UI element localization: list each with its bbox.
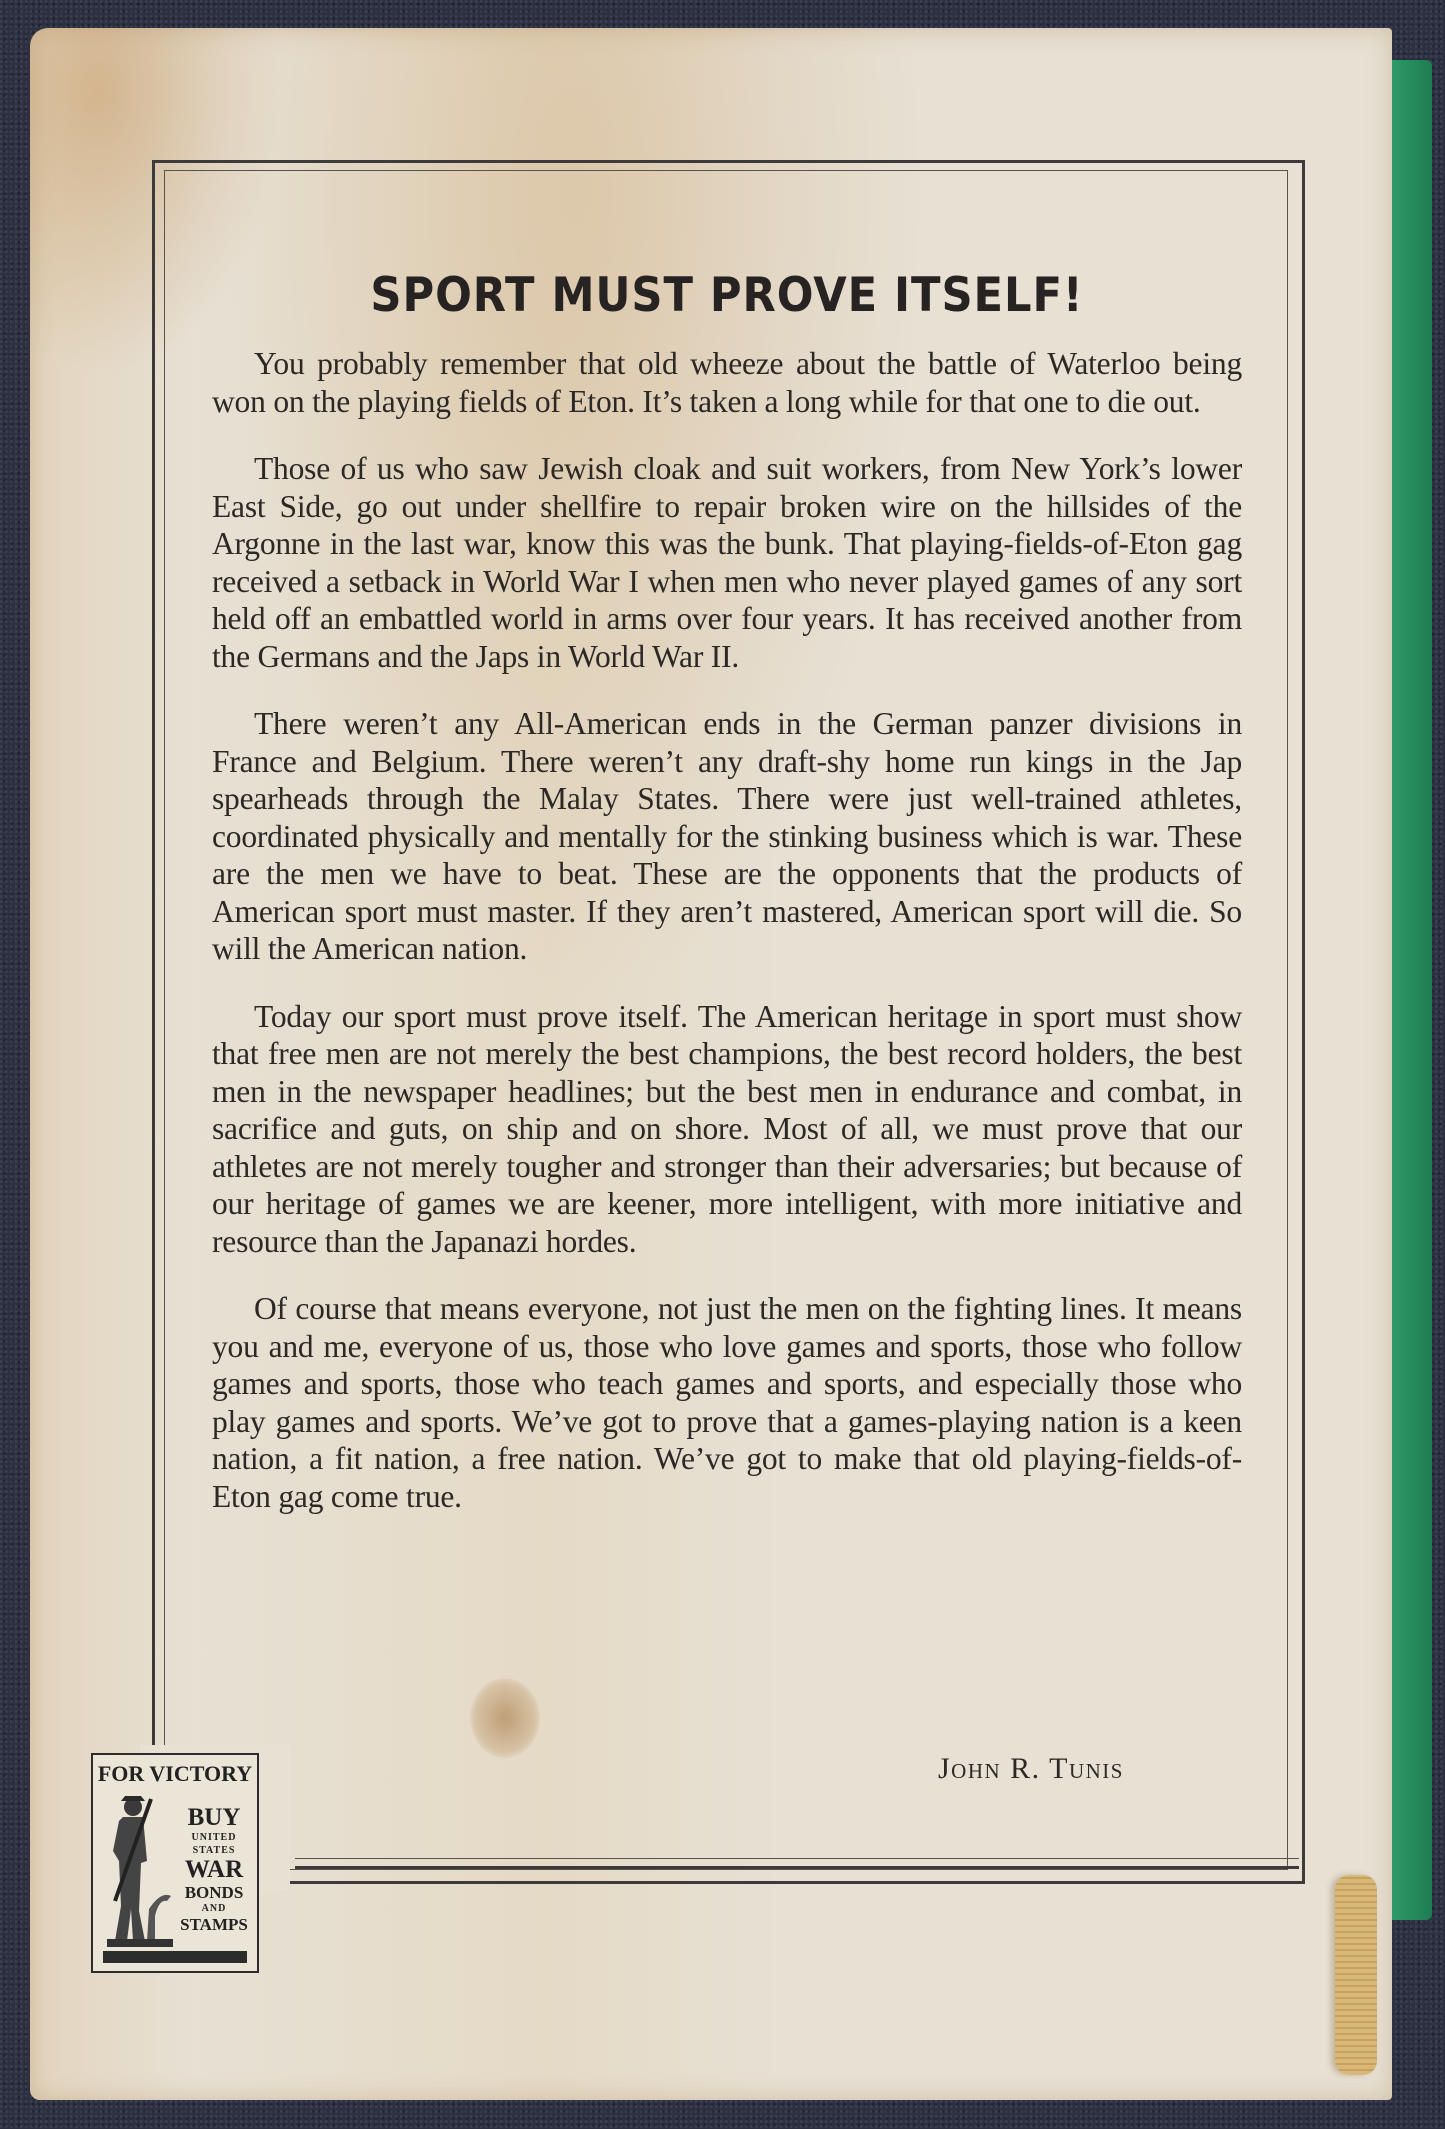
stamp-stamps: STAMPS — [179, 1915, 249, 1934]
paragraph: There weren’t any All-American ends in t… — [212, 705, 1242, 968]
paragraph: Of course that means everyone, not just … — [212, 1290, 1242, 1515]
stamp-text: BUY UNITED STATES WAR BONDS AND STAMPS — [179, 1805, 249, 1934]
paragraph: Those of us who saw Jewish cloak and sui… — [212, 450, 1242, 675]
paragraph: Today our sport must prove itself. The A… — [212, 998, 1242, 1261]
water-stain — [470, 1678, 540, 1758]
article: SPORT MUST PROVE ITSELF! You probably re… — [212, 268, 1242, 1545]
stamp-united: UNITED — [179, 1831, 249, 1844]
bottom-rule-thick — [295, 1866, 1299, 1869]
worn-tape-corner — [1335, 1875, 1377, 2075]
article-title: SPORT MUST PROVE ITSELF! — [253, 268, 1201, 323]
war-bonds-stamp: FOR VICTORY BUY UNITED STATES WAR BONDS … — [91, 1753, 259, 1973]
stamp-and: AND — [179, 1902, 249, 1915]
stamp-war: WAR — [179, 1857, 249, 1883]
minuteman-statue-icon — [101, 1791, 181, 1956]
stamp-header: FOR VICTORY — [93, 1761, 257, 1787]
stamp-bonds: BONDS — [179, 1883, 249, 1902]
stamp-base — [103, 1951, 247, 1963]
paragraph: You probably remember that old wheeze ab… — [212, 345, 1242, 420]
bottom-rule-thin — [295, 1858, 1299, 1859]
author-signature: John R. Tunis — [938, 1752, 1124, 1786]
stamp-buy: BUY — [179, 1805, 249, 1831]
